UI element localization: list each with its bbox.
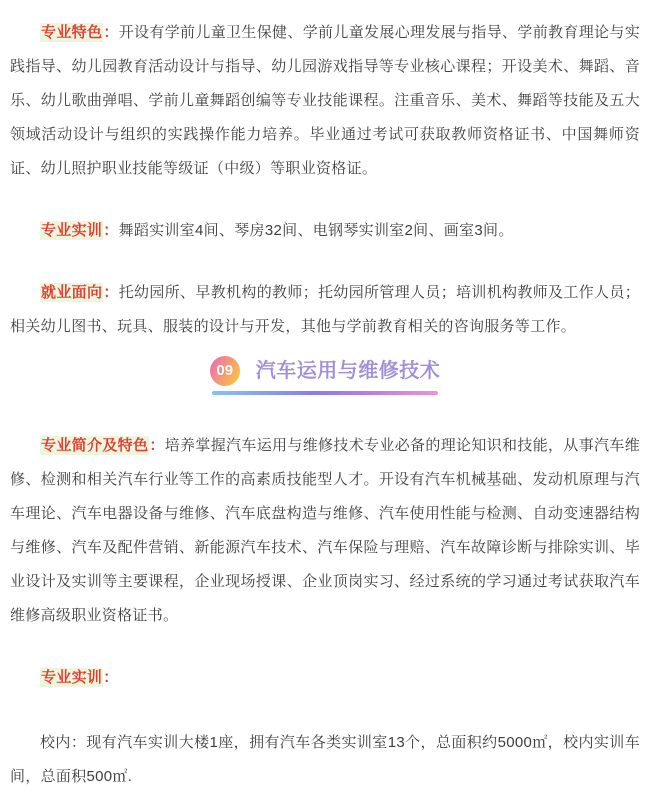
- section-title: 汽车运用与维修技术: [256, 356, 441, 386]
- preschool-employment-colon: ：: [103, 284, 118, 301]
- preschool-training-text: 舞蹈实训室4间、琴房32间、电钢琴实训室2间、画室3间。: [119, 222, 514, 239]
- auto-intro-colon: ：: [149, 437, 164, 454]
- preschool-features-paragraph: 专业特色：开设有学前儿童卫生保健、学前儿童发展心理发展与指导、学前教育理论与实践…: [10, 16, 640, 186]
- auto-intro-paragraph: 专业简介及特色：培养掌握汽车运用与维修技术专业必备的理论知识和技能，从事汽车维修…: [10, 429, 640, 633]
- section-title-underline: [212, 391, 438, 395]
- auto-training-colon: ：: [103, 669, 118, 686]
- auto-section-header: 09 汽车运用与维修技术: [10, 356, 640, 395]
- auto-section-header-row: 09 汽车运用与维修技术: [210, 356, 441, 386]
- auto-training-label: 专业实训: [40, 668, 103, 687]
- preschool-features-text: 开设有学前儿童卫生保健、学前儿童发展心理发展与指导、学前教育理论与实践指导、幼儿…: [10, 24, 640, 177]
- preschool-features-colon: ：: [103, 24, 118, 41]
- auto-campus-label: 校内: [40, 734, 71, 751]
- preschool-employment-label: 就业面向: [40, 283, 103, 302]
- preschool-training-label: 专业实训: [40, 221, 103, 240]
- preschool-features-label: 专业特色: [40, 23, 103, 42]
- preschool-training-colon: ：: [103, 222, 118, 239]
- auto-campus-text: 现有汽车实训大楼1座，拥有汽车各类实训室13个，总面积约5000㎡，校内实训车间…: [10, 734, 640, 785]
- preschool-employment-paragraph: 就业面向：托幼园所、早教机构的教师；托幼园所管理人员；培训机构教师及工作人员；相…: [10, 276, 640, 344]
- section-number-badge: 09: [210, 356, 240, 386]
- auto-campus-paragraph: 校内：现有汽车实训大楼1座，拥有汽车各类实训室13个，总面积约5000㎡，校内实…: [10, 726, 640, 794]
- auto-campus-colon: ：: [71, 734, 86, 751]
- auto-intro-text: 培养掌握汽车运用与维修技术专业必备的理论知识和技能，从事汽车维修、检测和相关汽车…: [10, 437, 640, 624]
- article-body: 专业特色：开设有学前儿童卫生保健、学前儿童发展心理发展与指导、学前教育理论与实践…: [0, 16, 650, 794]
- auto-training-paragraph: 专业实训：: [10, 661, 640, 695]
- auto-intro-label: 专业简介及特色: [40, 436, 149, 455]
- preschool-training-paragraph: 专业实训：舞蹈实训室4间、琴房32间、电钢琴实训室2间、画室3间。: [10, 214, 640, 248]
